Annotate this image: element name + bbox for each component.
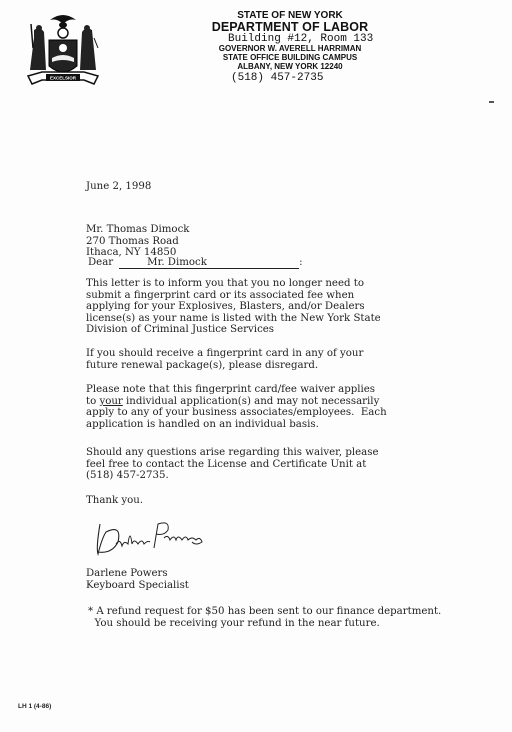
letter-date: June 2, 1998	[86, 181, 151, 193]
form-code: LH 1 (4-86)	[18, 703, 51, 710]
letter-page: EXCELSIOR STATE OF NEW YORK DEPARTMENT O…	[0, 0, 512, 732]
refund-note: * A refund request for $50 has been sent…	[88, 606, 441, 629]
handwritten-signature	[92, 518, 212, 560]
letterhead-city: ALBANY, NEW YORK 12240	[200, 62, 380, 71]
paragraph-individual: Please note that this fingerprint card/f…	[86, 384, 387, 430]
paragraph-contact: Should any questions arise regarding thi…	[86, 447, 378, 482]
letterhead-campus: STATE OFFICE BUILDING CAMPUS	[200, 53, 380, 62]
p3-line1: Please note that this fingerprint card/f…	[86, 384, 375, 395]
new-york-state-seal-icon: EXCELSIOR	[22, 8, 104, 94]
recipient-name: Mr. Thomas Dimock	[86, 224, 189, 235]
recipient-address: Mr. Thomas Dimock 270 Thomas Road Ithaca…	[86, 224, 189, 259]
salutation: DearMr. Dimock:	[88, 257, 303, 269]
p3-rest: apply to any of your business associates…	[86, 407, 387, 430]
signer-name: Darlene Powers	[86, 568, 168, 579]
p3-line2-pre: to	[86, 396, 99, 407]
scan-artifact	[489, 101, 494, 103]
p3-underlined-word: your	[99, 396, 122, 407]
paragraph-waiver: This letter is to inform you that you no…	[86, 278, 381, 336]
signer-block: Darlene Powers Keyboard Specialist	[86, 568, 189, 591]
signer-title: Keyboard Specialist	[86, 580, 189, 591]
recipient-street: 270 Thomas Road	[86, 236, 179, 247]
p3-line2-post: individual application(s) and may not ne…	[123, 396, 380, 407]
letterhead-governor: GOVERNOR W. AVERELL HARRIMAN	[200, 44, 380, 53]
svg-text:EXCELSIOR: EXCELSIOR	[50, 76, 77, 81]
closing: Thank you.	[86, 495, 143, 507]
salutation-prefix: Dear	[88, 257, 113, 268]
paragraph-disregard: If you should receive a fingerprint card…	[86, 348, 363, 371]
letterhead-phone: (518) 457-2735	[231, 72, 351, 84]
letterhead-department: DEPARTMENT OF LABOR	[200, 20, 380, 34]
salutation-name: Mr. Dimock	[119, 258, 299, 269]
salutation-suffix: :	[299, 257, 302, 268]
